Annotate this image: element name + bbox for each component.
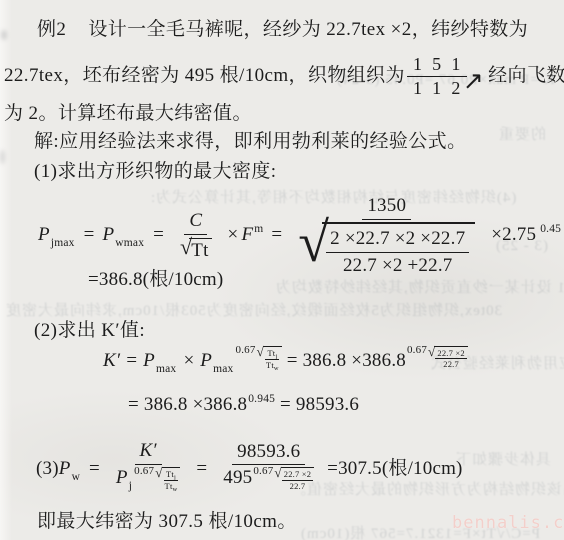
equals-386-8-times: = 386.8 ×386.8 bbox=[282, 350, 406, 371]
fraction-1350-over-bigroot: 1350 √ 2 ×22.7 ×2 ×22.7 22.7 ×2 +22.7 bbox=[293, 194, 480, 277]
exp-coef: 0.67 bbox=[134, 466, 154, 477]
exponent-0-67-root-22-7: 0.67√22.7 ×222.7 bbox=[407, 345, 468, 369]
problem-text-2a: 22.7tex，坯布经密为 495 根/10cm，织物组织为 bbox=[4, 65, 405, 86]
solution-intro: 解:应用经验法来求得，即利用勃利莱的经验公式。 bbox=[34, 126, 466, 153]
Tt: Tt bbox=[266, 360, 274, 370]
var-C: C bbox=[184, 209, 207, 235]
bleedthrough-text: 例1 设计某一纱直贡织物,其经纬纱特数均为 bbox=[275, 276, 564, 297]
result-98593-6: = 98593.6 bbox=[275, 394, 359, 415]
sub-wmax: wmax bbox=[115, 237, 144, 249]
equals-sign: = bbox=[268, 224, 285, 245]
eq-386-times-386: = 386.8 ×386.8 bbox=[128, 394, 247, 415]
formula-K-prime: K′ = Pmax × Pmax0.67√TtjTtw = 386.8 ×386… bbox=[103, 338, 468, 386]
problem-text-1: 设计一全毛马裤呢，经纱为 22.7tex ×2，纬纱特数为 bbox=[88, 19, 528, 40]
sub-max: max bbox=[213, 363, 233, 375]
weave-denominator: 1 1 2 bbox=[407, 77, 467, 99]
numerator-K-prime: K′ bbox=[135, 439, 162, 465]
result-386-8: =386.8(根/10cm) bbox=[88, 269, 223, 290]
numerator-98593-6: 98593.6 bbox=[232, 440, 305, 466]
exponent-0-67-root-Ttj-Ttw: 0.67√TtjTtw bbox=[236, 345, 282, 371]
exp-coef: 0.67 bbox=[236, 345, 256, 356]
problem-line-2: 22.7tex，坯布经密为 495 根/10cm，织物组织为1 5 11 1 2… bbox=[4, 52, 564, 101]
problem-line-1: 例2设计一全毛马裤呢，经纱为 22.7tex ×2，纬纱特数为 bbox=[37, 14, 528, 41]
scan-smudge bbox=[0, 150, 5, 164]
scanned-textbook-page: K′=P max×P0.67 =P0.45 (3-24) 的要重 (4)织物经纬… bbox=[0, 0, 564, 540]
Tt: Tt bbox=[165, 481, 173, 491]
problem-line-3: 为 2。计算坯布最大纬密值。 bbox=[4, 98, 252, 125]
fraction-98593-over-495: 98593.6 4950.67√22.7 ×222.7 bbox=[218, 440, 319, 500]
times-2-75: ×2.75 bbox=[488, 224, 539, 245]
problem-text-2b: 经向飞数 bbox=[488, 65, 564, 86]
step1-title-text: (1)求出方形织物的最大密度: bbox=[34, 161, 276, 182]
sub-w: w bbox=[173, 486, 178, 493]
var-P: P bbox=[116, 467, 128, 488]
equals-sign: = bbox=[150, 224, 167, 245]
sup-0-945: 0.945 bbox=[248, 393, 275, 405]
weave-notation-fraction: 1 5 11 1 2 bbox=[407, 54, 467, 98]
inner-fraction: 2 ×22.7 ×2 ×22.7 22.7 ×2 +22.7 bbox=[326, 227, 469, 278]
exponent-0-67-root-22-7: 0.67√22.7 ×222.7 bbox=[253, 466, 314, 490]
step3-label: (3) bbox=[36, 458, 59, 479]
sub-w: w bbox=[274, 365, 279, 372]
var-P: P bbox=[59, 458, 71, 479]
radicand-Tt: Tt bbox=[189, 238, 211, 262]
sub-j: j bbox=[174, 474, 176, 481]
exp-num: 22.7 ×2 bbox=[282, 469, 313, 480]
sup-0-45: 0.45 bbox=[540, 223, 561, 235]
big-radical: √ 2 ×22.7 ×2 ×22.7 22.7 ×2 +22.7 bbox=[298, 221, 475, 278]
sub-j: j bbox=[129, 480, 132, 492]
sqrt-Tt: √Tt bbox=[180, 236, 212, 262]
K-prime-equals-P: K′ = P bbox=[103, 350, 155, 371]
fraction-C-over-sqrtTt: C √Tt bbox=[175, 209, 217, 262]
watermark: bennalis.com bbox=[452, 513, 564, 533]
formula-weft-density: (3)Pw = K′ Pj0.67√TtjTtw = 98593.6 4950.… bbox=[36, 436, 463, 504]
exp-coef: 0.67 bbox=[407, 345, 427, 356]
inner-denominator: 22.7 ×2 +22.7 bbox=[339, 253, 457, 278]
formula-K-prime-result: = 386.8 ×386.80.945 = 98593.6 bbox=[128, 390, 359, 422]
var-F: F bbox=[241, 224, 253, 245]
exp-num: 22.7 ×2 bbox=[435, 348, 466, 359]
numerator-1350: 1350 bbox=[362, 194, 411, 220]
conclusion-text: 即最大纬密为 307.5 根/10cm。 bbox=[37, 511, 297, 532]
example-label: 例2 bbox=[37, 19, 66, 40]
times-P: × P bbox=[177, 350, 212, 371]
times-sign: × bbox=[225, 224, 242, 245]
exp-coef: 0.67 bbox=[253, 466, 273, 477]
fraction-Kprime-over-Pj: K′ Pj0.67√TtjTtw bbox=[111, 439, 186, 500]
weave-numerator: 1 5 1 bbox=[407, 54, 467, 77]
base-495: 495 bbox=[223, 467, 252, 488]
result-307-5: =307.5(根/10cm) bbox=[327, 458, 462, 479]
sub-w: w bbox=[72, 471, 81, 483]
solution-intro-text: 解:应用经验法来求得，即利用勃利莱的经验公式。 bbox=[34, 131, 466, 152]
problem-text-3: 为 2。计算坯布最大纬密值。 bbox=[4, 103, 252, 124]
bleedthrough-text: 的要重 bbox=[498, 123, 546, 144]
northeast-arrow-icon: ↗ bbox=[463, 66, 484, 95]
conclusion-line: 即最大纬密为 307.5 根/10cm。 bbox=[37, 506, 297, 533]
scan-smudge bbox=[1, 30, 7, 40]
exp-den: 22.7 bbox=[288, 481, 308, 491]
sup-m: m bbox=[254, 223, 263, 235]
formula-max-density-result: =386.8(根/10cm) bbox=[88, 265, 223, 295]
var-P: P bbox=[102, 224, 114, 245]
bleedthrough-text: 具体步骤如下 bbox=[455, 448, 551, 469]
sub-jmax: jmax bbox=[51, 237, 75, 249]
equals-sign: = bbox=[86, 458, 103, 479]
inner-numerator: 2 ×22.7 ×2 ×22.7 bbox=[326, 227, 469, 253]
exponent-0-67-root-Ttj-Ttw: 0.67√TtjTtw bbox=[134, 466, 180, 492]
solution-step1-title: (1)求出方形织物的最大密度: bbox=[34, 156, 276, 183]
exp-den: 22.7 bbox=[441, 359, 461, 369]
Tt: Tt bbox=[166, 469, 174, 479]
equals-sign: = bbox=[81, 224, 98, 245]
sub-max: max bbox=[156, 363, 176, 375]
var-P: P bbox=[38, 224, 50, 245]
equals-sign: = bbox=[193, 458, 210, 479]
